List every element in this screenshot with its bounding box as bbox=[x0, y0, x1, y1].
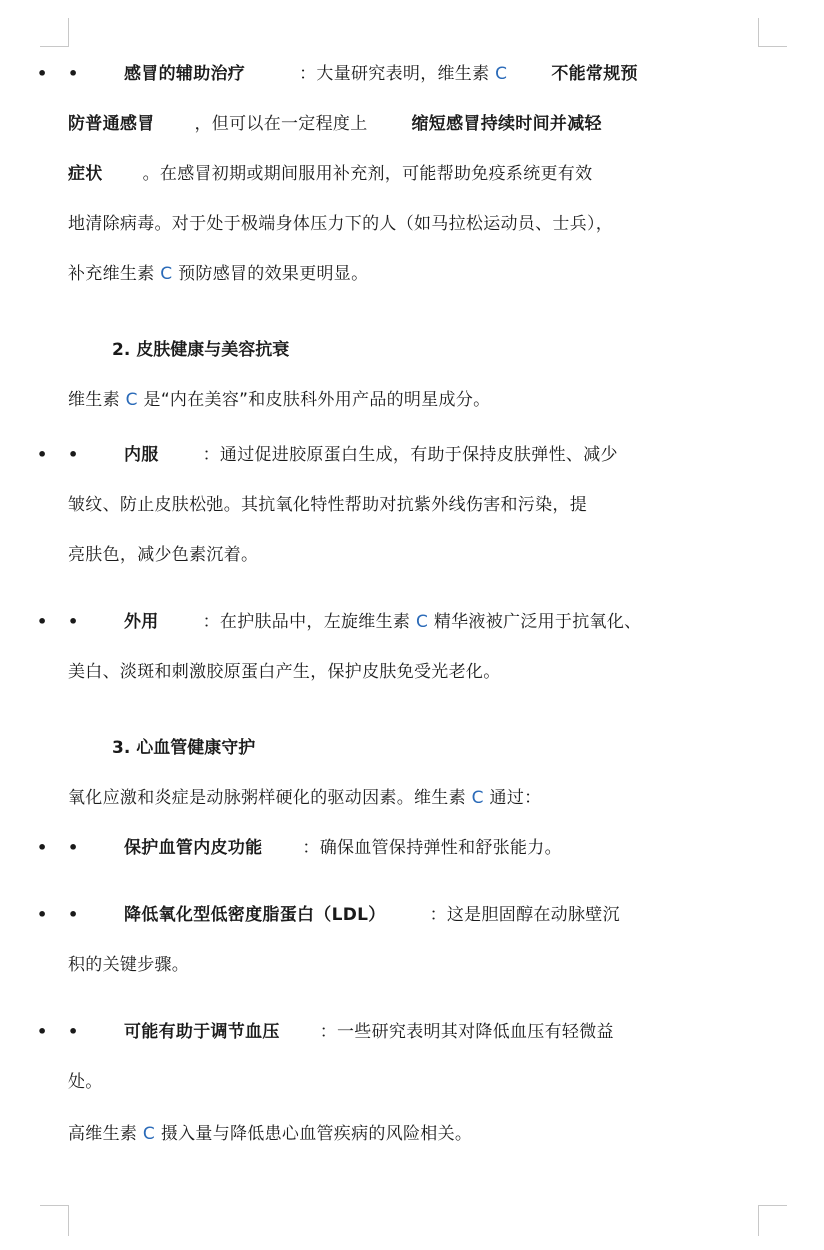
paragraph-line: 防普通感冒，但可以在一定程度上缩短感冒持续时间并减轻 bbox=[68, 112, 768, 136]
text: 。在感冒初期或期间服用补充剂，可能帮助免疫系统更有效 bbox=[143, 164, 593, 184]
corner-mark-top-left bbox=[40, 18, 69, 47]
section-heading: 3. 心血管健康守护 bbox=[112, 736, 255, 760]
text: ：一些研究表明其对降低血压有轻微益 bbox=[320, 1022, 614, 1042]
bold-text: 防普通感冒 bbox=[68, 114, 155, 134]
text: ，但可以在一定程度上 bbox=[195, 114, 368, 134]
bold-text: 症状 bbox=[68, 164, 103, 184]
section-intro: 维生素 C 是“内在美容”和皮肤科外用产品的明星成分。 bbox=[68, 388, 768, 412]
section-heading: 2. 皮肤健康与美容抗衰 bbox=[112, 338, 289, 362]
paragraph-line: 保护血管内皮功能：确保血管保持弹性和舒张能力。 bbox=[124, 836, 562, 860]
paragraph-line: 美白、淡斑和刺激胶原蛋白产生，保护皮肤免受光老化。 bbox=[68, 660, 768, 684]
section-intro: 氧化应激和炎症是动脉粥样硬化的驱动因素。维生素 C 通过： bbox=[68, 786, 768, 810]
text: ：通过促进胶原蛋白生成，有助于保持皮肤弹性、减少 bbox=[203, 445, 618, 465]
bullet-icon: • bbox=[37, 903, 47, 927]
text: 精华液被广泛用于抗氧化、 bbox=[434, 612, 642, 632]
paragraph-line: 亮肤色，减少色素沉着。 bbox=[68, 543, 768, 567]
item-title: 内服 bbox=[124, 445, 159, 465]
bold-text: 缩短感冒持续时间并减轻 bbox=[412, 114, 602, 134]
bullet-icon: • bbox=[37, 610, 47, 634]
item-title: 外用 bbox=[124, 612, 159, 632]
text: 通过： bbox=[490, 788, 542, 808]
vitamin-c-letter: C bbox=[495, 64, 507, 84]
corner-mark-bottom-left bbox=[40, 1205, 69, 1236]
paragraph-line: 外用：在护肤品中，左旋维生素 C 精华液被广泛用于抗氧化、 bbox=[124, 610, 641, 634]
item-title: 保护血管内皮功能 bbox=[124, 838, 262, 858]
text: 摄入量与降低患心血管疾病的风险相关。 bbox=[161, 1124, 472, 1144]
corner-mark-bottom-right bbox=[758, 1205, 787, 1236]
vitamin-c-letter: C bbox=[472, 788, 484, 808]
vitamin-c-letter: C bbox=[160, 264, 172, 284]
text: 维生素 bbox=[68, 390, 120, 410]
text: 高维生素 bbox=[68, 1124, 137, 1144]
vitamin-c-letter: C bbox=[416, 612, 428, 632]
bullet-icon: • bbox=[37, 443, 47, 467]
paragraph-line: 症状。在感冒初期或期间服用补充剂，可能帮助免疫系统更有效 bbox=[68, 162, 768, 186]
bullet-icon: • bbox=[68, 610, 78, 634]
bullet-icon: • bbox=[68, 443, 78, 467]
paragraph-line: 地清除病毒。对于处于极端身体压力下的人（如马拉松运动员、士兵）， bbox=[68, 212, 768, 236]
text: 预防感冒的效果更明显。 bbox=[178, 264, 368, 284]
text: 氧化应激和炎症是动脉粥样硬化的驱动因素。维生素 bbox=[68, 788, 466, 808]
bold-text: 不能常规预 bbox=[551, 64, 638, 84]
paragraph-line: 积的关键步骤。 bbox=[68, 953, 768, 977]
item-title: 感冒的辅助治疗 bbox=[124, 64, 245, 84]
bullet-icon: • bbox=[37, 62, 47, 86]
bullet-icon: • bbox=[37, 836, 47, 860]
vitamin-c-letter: C bbox=[126, 390, 138, 410]
paragraph-line: 内服：通过促进胶原蛋白生成，有助于保持皮肤弹性、减少 bbox=[124, 443, 618, 467]
paragraph-line: 补充维生素 C 预防感冒的效果更明显。 bbox=[68, 262, 768, 286]
vitamin-c-letter: C bbox=[143, 1124, 155, 1144]
bullet-icon: • bbox=[37, 1020, 47, 1044]
paragraph-line: 降低氧化型低密度脂蛋白（LDL）：这是胆固醇在动脉壁沉 bbox=[124, 903, 620, 927]
bullet-icon: • bbox=[68, 836, 78, 860]
paragraph-line: 处。 bbox=[68, 1070, 768, 1094]
text: 补充维生素 bbox=[68, 264, 155, 284]
paragraph-line: 可能有助于调节血压：一些研究表明其对降低血压有轻微益 bbox=[124, 1020, 614, 1044]
corner-mark-top-right bbox=[758, 18, 787, 47]
closing-paragraph: 高维生素 C 摄入量与降低患心血管疾病的风险相关。 bbox=[68, 1122, 768, 1146]
bullet-icon: • bbox=[68, 1020, 78, 1044]
text: ：大量研究表明，维生素 bbox=[299, 64, 489, 84]
bullet-icon: • bbox=[68, 62, 78, 86]
bullet-icon: • bbox=[68, 903, 78, 927]
text: 是“内在美容”和皮肤科外用产品的明星成分。 bbox=[144, 390, 491, 410]
paragraph-line: 皱纹、防止皮肤松弛。其抗氧化特性帮助对抗紫外线伤害和污染，提 bbox=[68, 493, 768, 517]
text: ：确保血管保持弹性和舒张能力。 bbox=[302, 838, 562, 858]
text: ：在护肤品中，左旋维生素 bbox=[203, 612, 411, 632]
paragraph-line: 感冒的辅助治疗：大量研究表明，维生素 C不能常规预 bbox=[124, 62, 638, 86]
text: ：这是胆固醇在动脉壁沉 bbox=[430, 905, 620, 925]
item-title: 可能有助于调节血压 bbox=[124, 1022, 280, 1042]
item-title: 降低氧化型低密度脂蛋白（LDL） bbox=[124, 905, 386, 925]
